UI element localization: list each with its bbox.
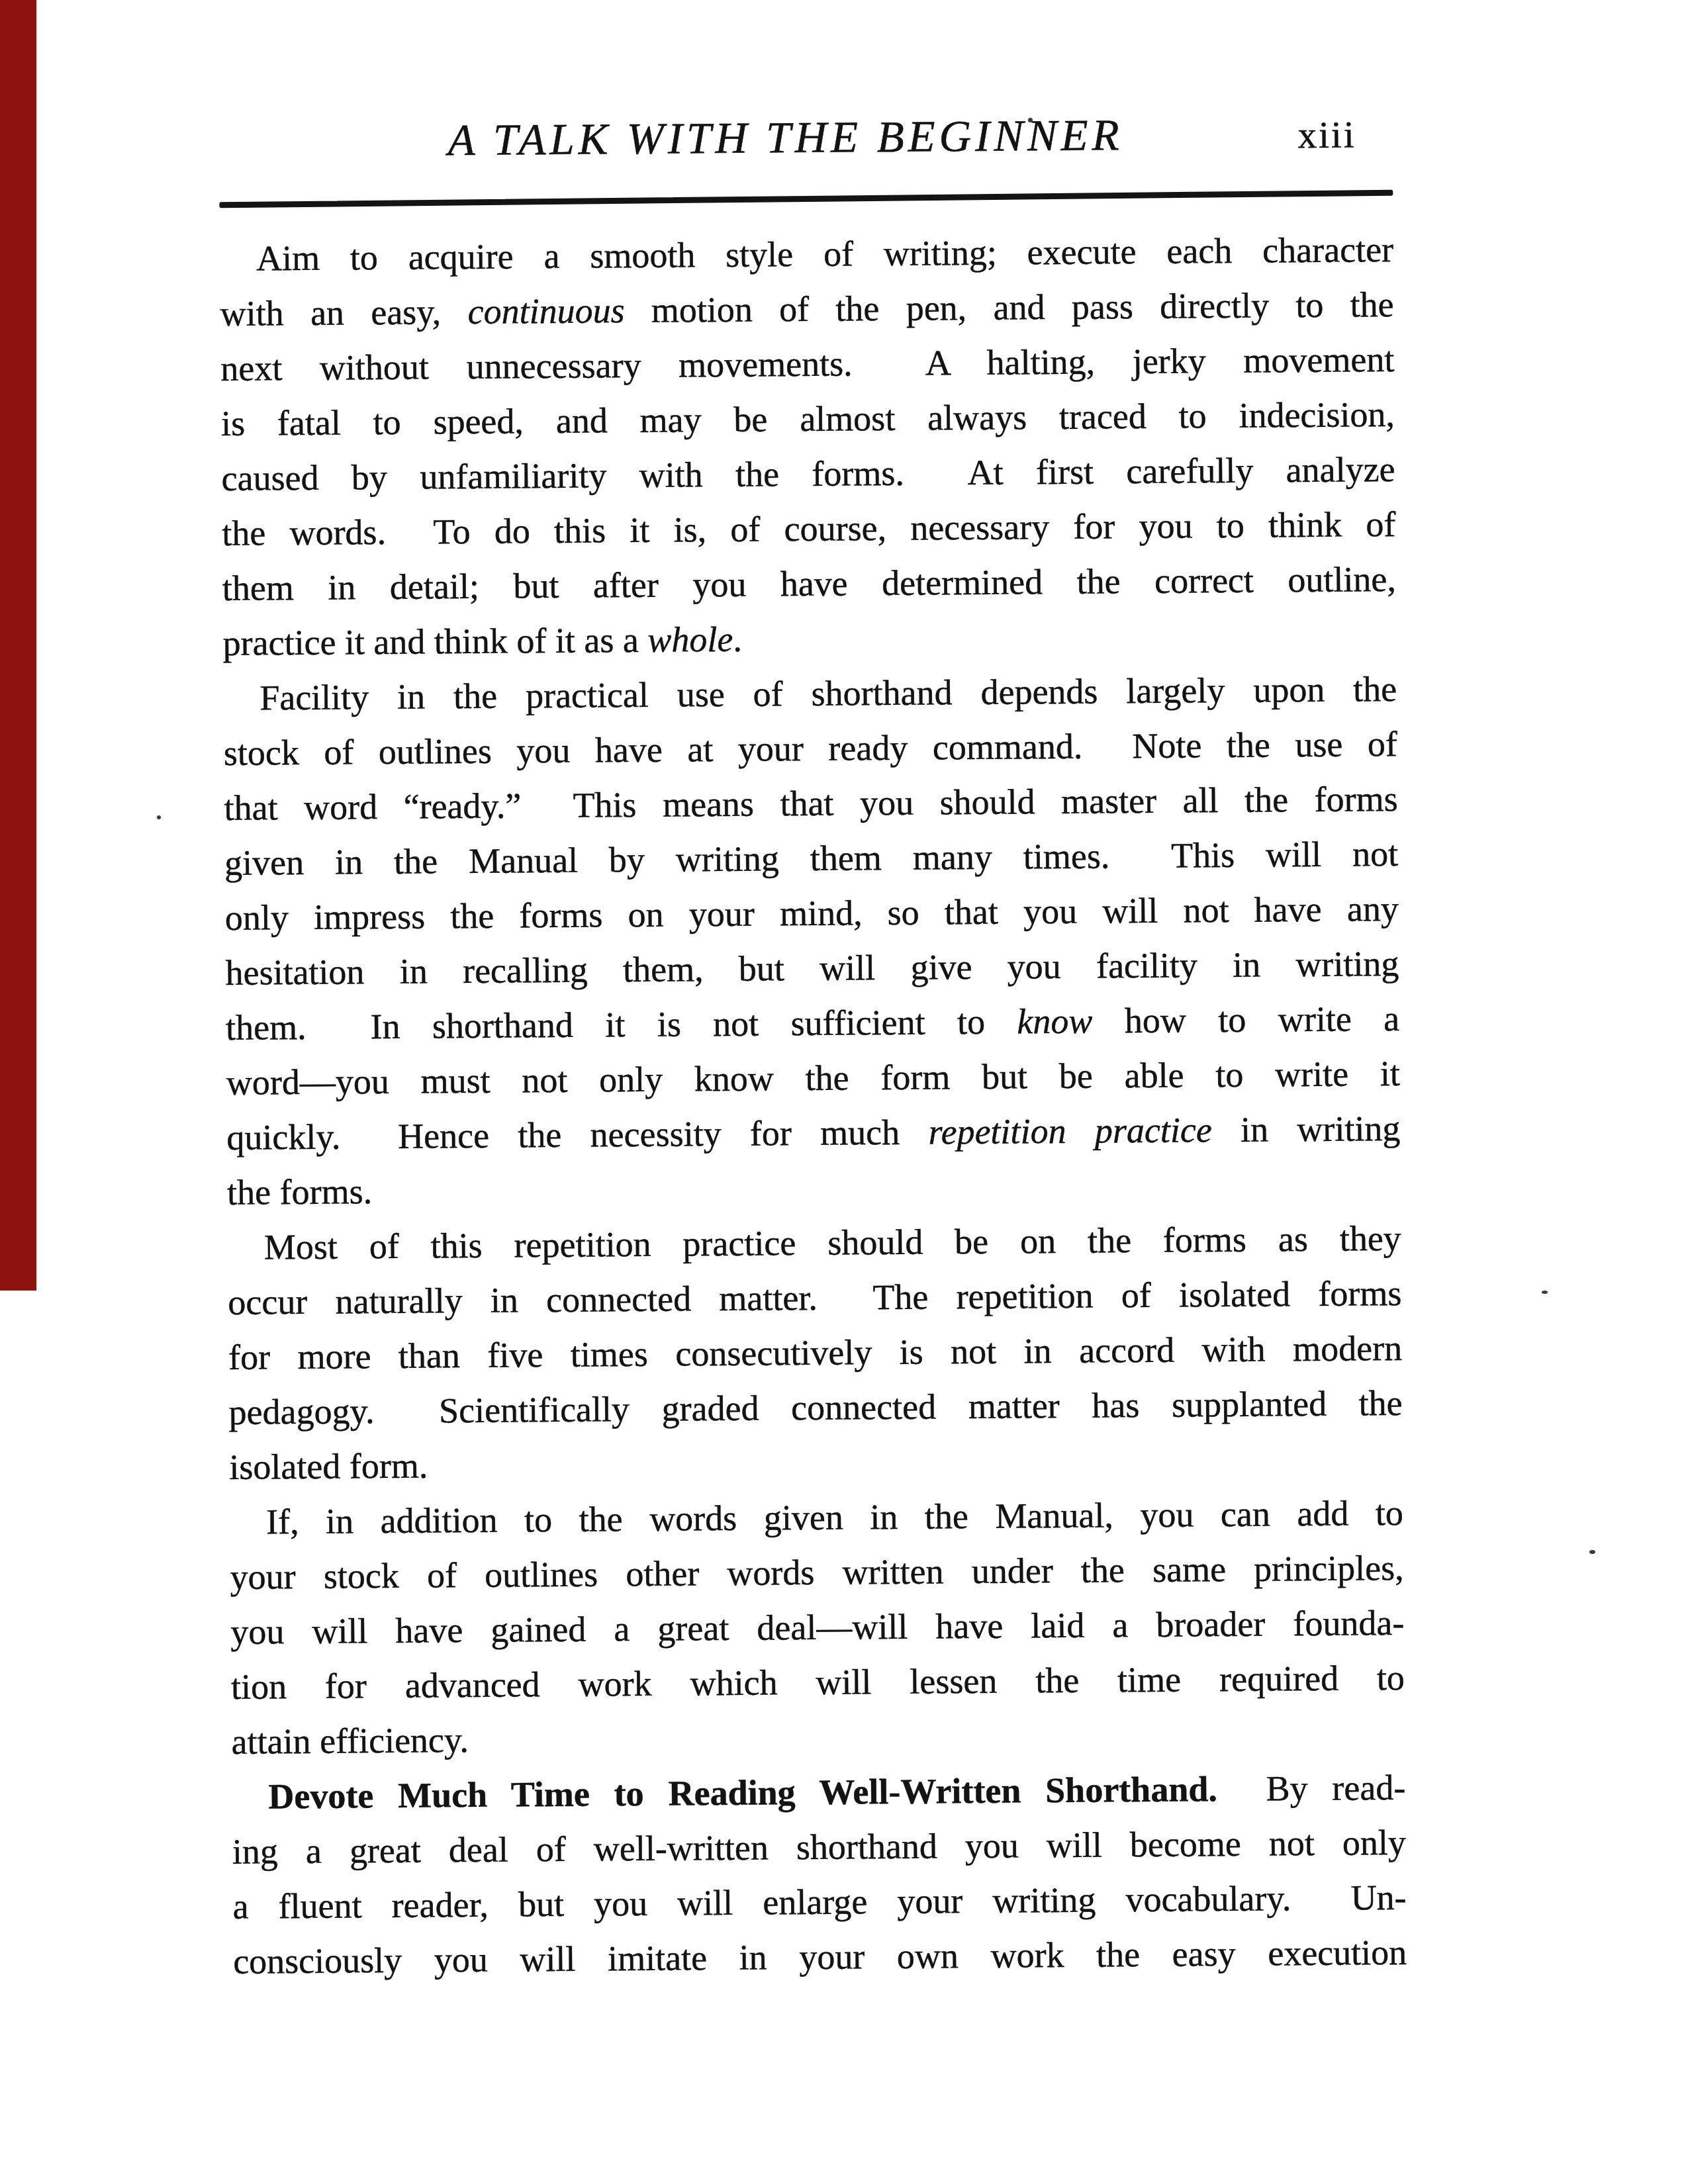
text-segment: next without unnecessary movements. A ha… bbox=[220, 340, 1394, 388]
text-segment: isolated form. bbox=[229, 1446, 428, 1487]
text-segment: quickly. Hence the necessity for much bbox=[226, 1113, 929, 1158]
text-line: the words. To do this it is, of course, … bbox=[222, 497, 1396, 561]
page-number: xiii bbox=[1297, 113, 1356, 157]
text-line: quickly. Hence the necessity for much re… bbox=[226, 1101, 1401, 1165]
text-segment: motion of the pen, and pass directly to … bbox=[624, 285, 1394, 330]
text-line: you will have gained a great deal—will h… bbox=[230, 1596, 1405, 1660]
page-header: A TALK WITH THE BEGINNER xiii bbox=[218, 108, 1393, 174]
text-line: occur naturally in connected matter. The… bbox=[228, 1266, 1402, 1330]
text-line: with an easy, continuous motion of the p… bbox=[220, 277, 1394, 341]
header-rule bbox=[219, 190, 1393, 208]
text-line: your stock of outlines other words writt… bbox=[230, 1541, 1404, 1605]
text-line: next without unnecessary movements. A ha… bbox=[220, 332, 1395, 396]
text-segment: ing a great deal of well-written shortha… bbox=[232, 1823, 1406, 1872]
text-segment: stock of outlines you have at your ready… bbox=[224, 724, 1397, 773]
text-line: consciously you will imitate in your own… bbox=[233, 1925, 1407, 1989]
text-segment: Most of this repetition practice should … bbox=[264, 1218, 1401, 1267]
text-segment: tion for advanced work which will lessen… bbox=[231, 1658, 1405, 1707]
text-segment: word—you must not only know the form but… bbox=[226, 1054, 1400, 1103]
page-title: A TALK WITH THE BEGINNER bbox=[447, 110, 1123, 166]
text-line: Aim to acquire a smooth style of writing… bbox=[220, 222, 1394, 287]
text-segment: the words. To do this it is, of course, … bbox=[222, 504, 1395, 553]
text-line: isolated form. bbox=[229, 1431, 1403, 1495]
paragraph: Devote Much Time to Reading Well-Written… bbox=[232, 1760, 1407, 1989]
text-segment: them in detail; but after you have deter… bbox=[222, 559, 1396, 608]
text-line: a fluent reader, but you will enlarge yo… bbox=[232, 1870, 1407, 1934]
text-segment: how to write a bbox=[1092, 999, 1399, 1041]
text-line: them in detail; but after you have deter… bbox=[222, 552, 1397, 616]
text-segment: a fluent reader, but you will enlarge yo… bbox=[232, 1878, 1406, 1927]
text-line: the forms. bbox=[227, 1156, 1401, 1220]
text-segment: only impress the forms on your mind, so … bbox=[225, 889, 1399, 938]
paragraph: Most of this repetition practice should … bbox=[227, 1211, 1403, 1495]
text-line: Most of this repetition practice should … bbox=[227, 1211, 1401, 1275]
italic-text: whole bbox=[647, 619, 733, 660]
text-segment: them. In shorthand it is not sufficient … bbox=[226, 1002, 1017, 1048]
text-segment: is fatal to speed, and may be almost alw… bbox=[221, 394, 1395, 443]
text-line: given in the Manual by writing them many… bbox=[224, 827, 1399, 891]
text-line: tion for advanced work which will lessen… bbox=[231, 1651, 1405, 1715]
text-segment: practice it and think of it as a bbox=[222, 620, 647, 663]
text-segment: with an easy, bbox=[220, 292, 467, 334]
text-segment: in writing bbox=[1212, 1109, 1401, 1150]
left-red-stripe bbox=[0, 0, 36, 1291]
text-line: them. In shorthand it is not sufficient … bbox=[226, 991, 1400, 1056]
text-line: practice it and think of it as a whole. bbox=[222, 607, 1397, 671]
text-line: that word “ready.” This means that you s… bbox=[224, 772, 1398, 836]
paragraph: Aim to acquire a smooth style of writing… bbox=[220, 222, 1397, 671]
body-text: Aim to acquire a smooth style of writing… bbox=[220, 222, 1407, 1989]
text-segment: caused by unfamiliarity with the forms. … bbox=[221, 449, 1395, 498]
text-segment: . bbox=[733, 619, 742, 659]
text-segment: pedagogy. Scientifically graded connecte… bbox=[228, 1383, 1402, 1432]
text-line: Facility in the practical use of shortha… bbox=[223, 662, 1397, 726]
text-segment: Facility in the practical use of shortha… bbox=[259, 669, 1397, 717]
page-container: A TALK WITH THE BEGINNER xiii Aim to acq… bbox=[0, 0, 1688, 2184]
text-segment: that word “ready.” This means that you s… bbox=[224, 779, 1397, 828]
text-segment: attain efficiency. bbox=[231, 1720, 469, 1762]
text-line: stock of outlines you have at your ready… bbox=[224, 717, 1398, 781]
text-segment: occur naturally in connected matter. The… bbox=[228, 1273, 1401, 1322]
text-line: word—you must not only know the form but… bbox=[226, 1046, 1400, 1111]
text-line: If, in addition to the words given in th… bbox=[230, 1486, 1404, 1550]
text-line: is fatal to speed, and may be almost alw… bbox=[221, 387, 1395, 451]
text-line: Devote Much Time to Reading Well-Written… bbox=[232, 1760, 1406, 1825]
text-segment: consciously you will imitate in your own… bbox=[233, 1933, 1407, 1981]
page-content: A TALK WITH THE BEGINNER xiii Aim to acq… bbox=[218, 0, 1407, 1989]
text-segment: the forms. bbox=[227, 1171, 372, 1212]
scan-speck bbox=[1542, 1291, 1548, 1294]
text-line: hesitation in recalling them, but will g… bbox=[225, 936, 1399, 1001]
text-line: caused by unfamiliarity with the forms. … bbox=[221, 442, 1395, 506]
text-segment: hesitation in recalling them, but will g… bbox=[225, 944, 1399, 993]
text-segment: given in the Manual by writing them many… bbox=[224, 834, 1398, 883]
text-segment: Aim to acquire a smooth style of writing… bbox=[256, 230, 1393, 278]
scan-speck bbox=[1589, 1550, 1595, 1554]
bold-heading-text: Devote Much Time to Reading Well-Written… bbox=[268, 1769, 1217, 1816]
text-segment: By read- bbox=[1217, 1768, 1406, 1809]
text-line: for more than five times consecutively i… bbox=[228, 1321, 1403, 1385]
italic-text: continuous bbox=[467, 291, 624, 332]
text-segment: for more than five times consecutively i… bbox=[228, 1328, 1402, 1377]
italic-text: repetition practice bbox=[928, 1110, 1212, 1152]
text-segment: If, in addition to the words given in th… bbox=[266, 1493, 1403, 1541]
text-segment: you will have gained a great deal—will h… bbox=[230, 1603, 1404, 1652]
text-line: only impress the forms on your mind, so … bbox=[225, 882, 1399, 946]
italic-text: know bbox=[1017, 1001, 1092, 1042]
text-segment: your stock of outlines other words writt… bbox=[230, 1548, 1403, 1597]
paragraph: Facility in the practical use of shortha… bbox=[223, 662, 1401, 1220]
text-line: attain efficiency. bbox=[231, 1706, 1405, 1770]
text-line: pedagogy. Scientifically graded connecte… bbox=[228, 1376, 1403, 1440]
paragraph: If, in addition to the words given in th… bbox=[230, 1486, 1405, 1770]
scan-speck bbox=[157, 815, 161, 819]
text-line: ing a great deal of well-written shortha… bbox=[232, 1815, 1407, 1880]
